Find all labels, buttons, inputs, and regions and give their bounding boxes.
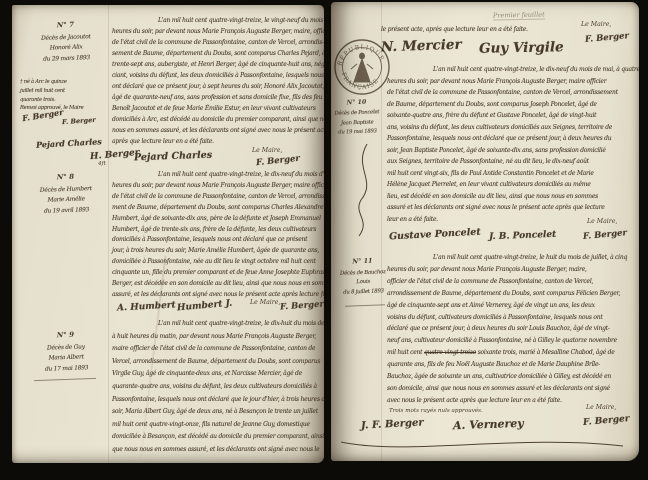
manuscript-line: nous en sommes assuré, et les déclarants… (112, 125, 320, 136)
manuscript-line: à huit heures du matin, par devant nous … (112, 331, 320, 344)
manuscript-line: heures du soir, par devant nous Marie Fr… (387, 76, 633, 88)
entry-body: L'an mil huit cent quatre-vingt-treize, … (387, 252, 633, 407)
signature: Guy Virgile (479, 39, 564, 56)
manuscript-line: domiciliée à Besançon, est décédé au dom… (112, 431, 320, 444)
manuscript-line: son domicile, ainsi que nous nous en som… (387, 383, 633, 395)
manuscript-line: mil huit cent quatre vingt treize soixan… (387, 347, 633, 359)
manuscript-line: maire officier de l'état civil de la com… (112, 343, 320, 356)
manuscript-line: L'an mil huit cent quatre-vingt-treize, … (112, 318, 320, 331)
manuscript-line: Berger, est décédée en son domicile au d… (112, 279, 320, 290)
entry-margin: N° 11 Décès de BauchozLouisdu 8 juillet … (334, 256, 391, 298)
manuscript-line: Passonfontaine, lesquels nous ont déclar… (387, 133, 633, 145)
entry-body: L'an mil huit cent quatre-vingt-treize, … (112, 318, 320, 457)
signature: N. Mercier (381, 37, 462, 56)
signature: J. B. Poncelet (489, 230, 557, 242)
entry-margin: N° 7 Décès de JacoutotHonoré Alixdu 29 m… (23, 19, 108, 66)
entry-body-lines: quarante ans, fils de feu Noël Auguste B… (387, 359, 633, 407)
struck-words: quatre vingt treize (424, 349, 476, 356)
manuscript-line: âgé de cinquante-sept ans et Aimé Verner… (387, 300, 633, 312)
manuscript-line: heures du soir, par devant nous Marie Fr… (387, 264, 633, 276)
manuscript-line: après que lecture leur en a été faite. (112, 136, 320, 147)
entry-body-lines: L'an mil huit cent quatre-vingt-treize, … (387, 252, 633, 347)
manuscript-line: L'an mil huit cent quatre-vingt-treize, … (387, 252, 633, 264)
manuscript-line: Vercel, arrondissement de Baume, départe… (112, 356, 320, 369)
signature-paraph: 4ft (98, 161, 106, 167)
manuscript-line: officier de l'état civil de la commune d… (387, 276, 633, 288)
registry-scan: N° 7 Décès de JacoutotHonoré Alixdu 29 m… (0, 0, 648, 480)
entry-number: N° 7 (23, 19, 107, 32)
flourish-stroke (359, 144, 367, 236)
manuscript-line: lieu, est décédé en son domicile au dit … (387, 191, 633, 203)
signature-flourish (337, 434, 627, 456)
entry-margin: N° 8 Décès de HumbertMarie Améliedu 19 a… (23, 171, 108, 218)
manuscript-line: quarante ans, fils de feu Noël Auguste B… (387, 359, 633, 371)
manuscript-line: trente-sept ans, aubergiste, et Henri Be… (112, 59, 320, 70)
manuscript-line: Benoît Jacoutot et de feue Marie Émilie … (112, 103, 320, 114)
manuscript-line: de l'état civil de la commune de Passonf… (112, 192, 320, 203)
entry-body: L'an mil huit cent quatre-vingt-treize, … (112, 170, 320, 301)
manuscript-line: aux Seignes, territoire de Passonfontain… (387, 156, 633, 168)
signature: A. Humbert (117, 300, 176, 313)
signature: F. Berger (583, 414, 630, 428)
entry-body-lines: L'an mil huit cent quatre-vingt-treize, … (112, 170, 320, 301)
entry-margin-lines: Décès de HumbertMarie Améliedu 19 avril … (24, 183, 109, 217)
pencil-annotation: Premier feuillet (493, 10, 545, 20)
entry-body-lines: L'an mil huit cent quatre-vingt-treize, … (387, 64, 633, 225)
manuscript-line: neuf ans, cultivateur domicilié à Passon… (387, 335, 633, 347)
maire-label: Le Maire, (587, 218, 617, 225)
signature: F. Berger (583, 228, 628, 242)
manuscript-line: heures du soir, par devant nous Marie Fr… (112, 181, 320, 192)
manuscript-line: du 17 mai 1893 (24, 362, 108, 375)
manuscript-line: assuré et les déclarants ont signé avec … (387, 202, 633, 214)
manuscript-line: L'an mil huit cent quatre-vingt-treize, … (112, 15, 320, 26)
entry-margin: N° 9 Décès de GuyMaria Albertdu 17 mai 1… (23, 329, 108, 376)
entry-number: N° 10 (331, 97, 383, 108)
left-page: N° 7 Décès de JacoutotHonoré Alixdu 29 m… (12, 5, 324, 463)
manuscript-line: Virgile Guy, âgé de cinquante-deux ans, … (112, 368, 320, 381)
entry-body-lines: L'an mil huit cent quatre-vingt-treize, … (112, 318, 320, 457)
signature: F. Berger (62, 116, 96, 126)
manuscript-line: heures du soir, par devant nous Marie Fr… (112, 26, 320, 37)
signature: A. Vernerey (453, 417, 524, 432)
margin-annotation-lines: † né à Arc le quinzejuillet mil huit cen… (20, 78, 114, 113)
signature: F. Berger (256, 154, 301, 169)
manuscript-line: Humbert, âgé de trente-six ans, frère de… (112, 225, 320, 236)
manuscript-line: Hélène Jacquet Pierrelet, en leur vivant… (387, 179, 633, 191)
manuscript-line: ciant, voisins du défunt, les deux domic… (112, 70, 320, 81)
manuscript-line: Bauchoz, âgée de soixante un ans, cultiv… (387, 371, 633, 383)
manuscript-line: de l'état civil de la commune de Passonf… (387, 87, 633, 99)
manuscript-line: domiciliés à Arc, est décédé au domicile… (112, 114, 320, 125)
manuscript-line: déclaré que ce présent jour, à deux heur… (387, 323, 633, 335)
manuscript-line: Humbert, âgé de soixante-dix ans, père d… (112, 214, 320, 225)
marginal-approval-note: Trois mots rayés nuls approuvés. (389, 408, 483, 414)
margin-annotation: † né à Arc le quinzejuillet mil huit cen… (20, 78, 114, 113)
manuscript-line: que nous nous en sommes assuré, et les d… (112, 444, 320, 457)
manuscript-line: du 29 mars 1893 (24, 52, 108, 65)
margin-rule (108, 5, 109, 463)
entry-number: N° 9 (23, 329, 107, 342)
manuscript-line: du 19 avril 1893 (24, 204, 108, 217)
manuscript-line: ans, voisins du défunt, les deux cultiva… (387, 122, 633, 134)
entry-margin-lines: Décès de PonceletJean Baptistedu 19 mai … (331, 109, 384, 139)
official-stamp-icon: RÉPUBLIQUE FRANÇAISE (333, 38, 391, 96)
manuscript-line: L'an mil huit cent quatre-vingt-treize, … (112, 170, 320, 181)
manuscript-line: ont déclaré que ce présent jour, à sept … (112, 81, 320, 92)
manuscript-line: âgé de quarante-neuf ans, sans professio… (112, 92, 320, 103)
strike-post: soixante trois, marié à Mesalline Chabod… (476, 349, 615, 356)
entry-body: le présent acte, après que lecture leur … (381, 24, 596, 35)
manuscript-line: mil huit cent vingt-six, fils de Paul An… (387, 168, 633, 180)
manuscript-line: soixante-quatre ans, frère du défunt et … (387, 110, 633, 122)
manuscript-line: du 8 juillet 1893 (335, 287, 391, 299)
signature: J. F. Berger (361, 417, 424, 431)
manuscript-line: soir, Jean Baptiste Poncelet, âgé de soi… (387, 145, 633, 157)
manuscript-line: domiciliée à Passonfontaine, née au dit … (112, 257, 320, 268)
manuscript-line: arrondissement de Baume, département du … (387, 288, 633, 300)
manuscript-line: le présent acte, après que lecture leur … (381, 24, 596, 35)
manuscript-line: quarante trois. (20, 96, 114, 105)
manuscript-line: domiciliés à Passonfontaine, lesquels no… (112, 235, 320, 246)
maire-label: Le Maire, (250, 299, 280, 306)
manuscript-line: voisins du défunt, cultivateurs domicili… (387, 312, 633, 324)
flourish-stroke (341, 442, 623, 447)
manuscript-line: du 19 mai 1893 (331, 127, 383, 138)
margin-underline (34, 378, 96, 381)
manuscript-line: † né à Arc le quinze (20, 78, 114, 87)
stamp-figure-body (351, 59, 373, 82)
entry-body-lines: le présent acte, après que lecture leur … (381, 24, 596, 35)
margin-underline (345, 304, 385, 306)
entry-body: L'an mil huit cent quatre-vingt-treize, … (112, 15, 320, 147)
right-page: Premier feuillet le présent acte, après … (331, 2, 639, 461)
entry-body-lines: L'an mil huit cent quatre-vingt-treize, … (112, 15, 320, 147)
signature: Gustave Poncelet (389, 227, 481, 243)
manuscript-line: ment de Baume, département du Doubs, son… (112, 203, 320, 214)
strike-pre: mil huit cent (387, 349, 424, 356)
signature: F. Berger (280, 299, 324, 312)
manuscript-line: cinquante un, fille du premier comparant… (112, 268, 320, 279)
signature: Pejard Charles (134, 150, 212, 164)
maire-label: Le Maire, (586, 404, 616, 411)
entry-margin-lines: Décès de BauchozLouisdu 8 juillet 1893 (335, 268, 392, 299)
manuscript-line: sement de Baume, département du Doubs, s… (112, 48, 320, 59)
entry-margin-lines: Décès de JacoutotHonoré Alixdu 29 mars 1… (24, 31, 109, 65)
manuscript-line: de Baume, département du Doubs, sont com… (387, 99, 633, 111)
maire-label: Le Maire, (252, 147, 282, 154)
manuscript-line: L'an mil huit cent quatre-vingt-treize, … (387, 64, 633, 76)
signature: Pejard Charles (36, 136, 102, 149)
signature: H. Berger (90, 148, 140, 162)
entry-margin-lines: Décès de GuyMaria Albertdu 17 mai 1893 (24, 341, 109, 375)
manuscript-line: Passonfontaine, lesquels nous ont déclar… (112, 394, 320, 407)
manuscript-line: jour, à trois heures du soir, Marie Amél… (112, 246, 320, 257)
entry-body: L'an mil huit cent quatre-vingt-treize, … (387, 64, 633, 225)
manuscript-line: juillet mil huit cent (20, 87, 114, 96)
margin-paraph-flourish (351, 142, 377, 238)
manuscript-line: soir, Maria Albert Guy, âgé de deux ans,… (112, 406, 320, 419)
manuscript-line: de l'état civil de la commune de Passonf… (112, 37, 320, 48)
manuscript-line: mil huit cent quatre-vingt-onze, fils na… (112, 419, 320, 432)
entry-number: N° 11 (334, 256, 390, 268)
maire-label: Le Maire, (581, 21, 611, 28)
manuscript-line: quarante-quatre ans, voisins du défunt, … (112, 381, 320, 394)
entry-number: N° 8 (23, 171, 107, 184)
entry-margin: N° 10 Décès de PonceletJean Baptistedu 1… (331, 97, 384, 138)
